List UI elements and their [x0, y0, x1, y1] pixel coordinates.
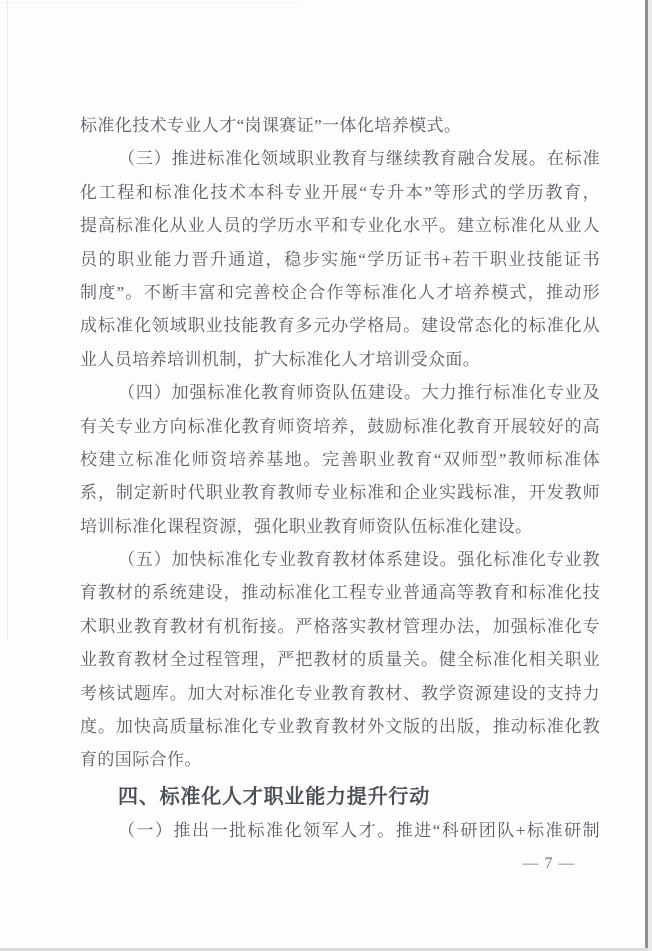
body-line: （四）加强标准化教育师资队伍建设。大力推行标准化专业及	[80, 376, 600, 409]
body-line: 有关专业方向标准化教育师资培养，鼓励标准化教育开展较好的高	[80, 410, 600, 443]
page-number: — 7 —	[512, 855, 586, 873]
body-line: 育的国际合作。	[80, 743, 600, 776]
body-line: 系，制定新时代职业教育教师专业标准和企业实践标准，开发教师	[80, 476, 600, 509]
body-line: 术职业教育教材有机衔接。严格落实教材管理办法，加强标准化专	[80, 610, 600, 643]
scanned-document-page: 标准化技术专业人才“岗课赛证”一体化培养模式。 （三）推进标准化领域职业教育与继…	[0, 0, 652, 951]
body-line: 成标准化领域职业技能教育多元办学格局。建设常态化的标准化从	[80, 309, 600, 342]
body-line: 育教材的系统建设，推动标准化工程专业普通高等教育和标准化技	[80, 576, 600, 609]
body-line: （三）推进标准化领域职业教育与继续教育融合发展。在标准	[80, 142, 600, 175]
body-line: 业人员培养培训机制，扩大标准化人才培训受众面。	[80, 343, 600, 376]
body-line: 业教育教材全过程管理，严把教材的质量关。健全标准化相关职业	[80, 643, 600, 676]
body-line: 培训标准化课程资源，强化职业教育师资队伍标准化建设。	[80, 510, 600, 543]
body-line: 校建立标准化师资培养基地。完善职业教育“双师型”教师标准体	[80, 443, 600, 476]
page-edge-left	[7, 0, 8, 640]
body-line: （一）推出一批标准化领军人才。推进“科研团队+标准研制	[80, 814, 600, 847]
body-line: 制度”。不断丰富和完善校企合作等标准化人才培养模式，推动形	[80, 276, 600, 309]
body-line: 提高标准化从业人员的学历水平和专业化水平。建立标准化从业人	[80, 209, 600, 242]
body-line: 考核试题库。加大对标准化专业教育教材、教学资源建设的支持力	[80, 677, 600, 710]
body-line: 标准化技术专业人才“岗课赛证”一体化培养模式。	[80, 109, 600, 142]
body-line: 度。加快高质量标准化专业教育教材外文版的出版，推动标准化教	[80, 710, 600, 743]
document-body: 标准化技术专业人才“岗课赛证”一体化培养模式。 （三）推进标准化领域职业教育与继…	[80, 109, 600, 848]
page-edge-right	[645, 0, 648, 951]
body-line: （五）加快标准化专业教育教材体系建设。强化标准化专业教	[80, 543, 600, 576]
page-edge-right-light	[648, 0, 652, 951]
section-heading: 四、标准化人才职业能力提升行动	[80, 781, 600, 814]
body-line: 员的职业能力晋升通道，稳步实施“学历证书+若干职业技能证书	[80, 243, 600, 276]
page-edge-top	[0, 2, 300, 3]
body-line: 化工程和标准化技术本科专业开展“专升本”等形式的学历教育，	[80, 176, 600, 209]
